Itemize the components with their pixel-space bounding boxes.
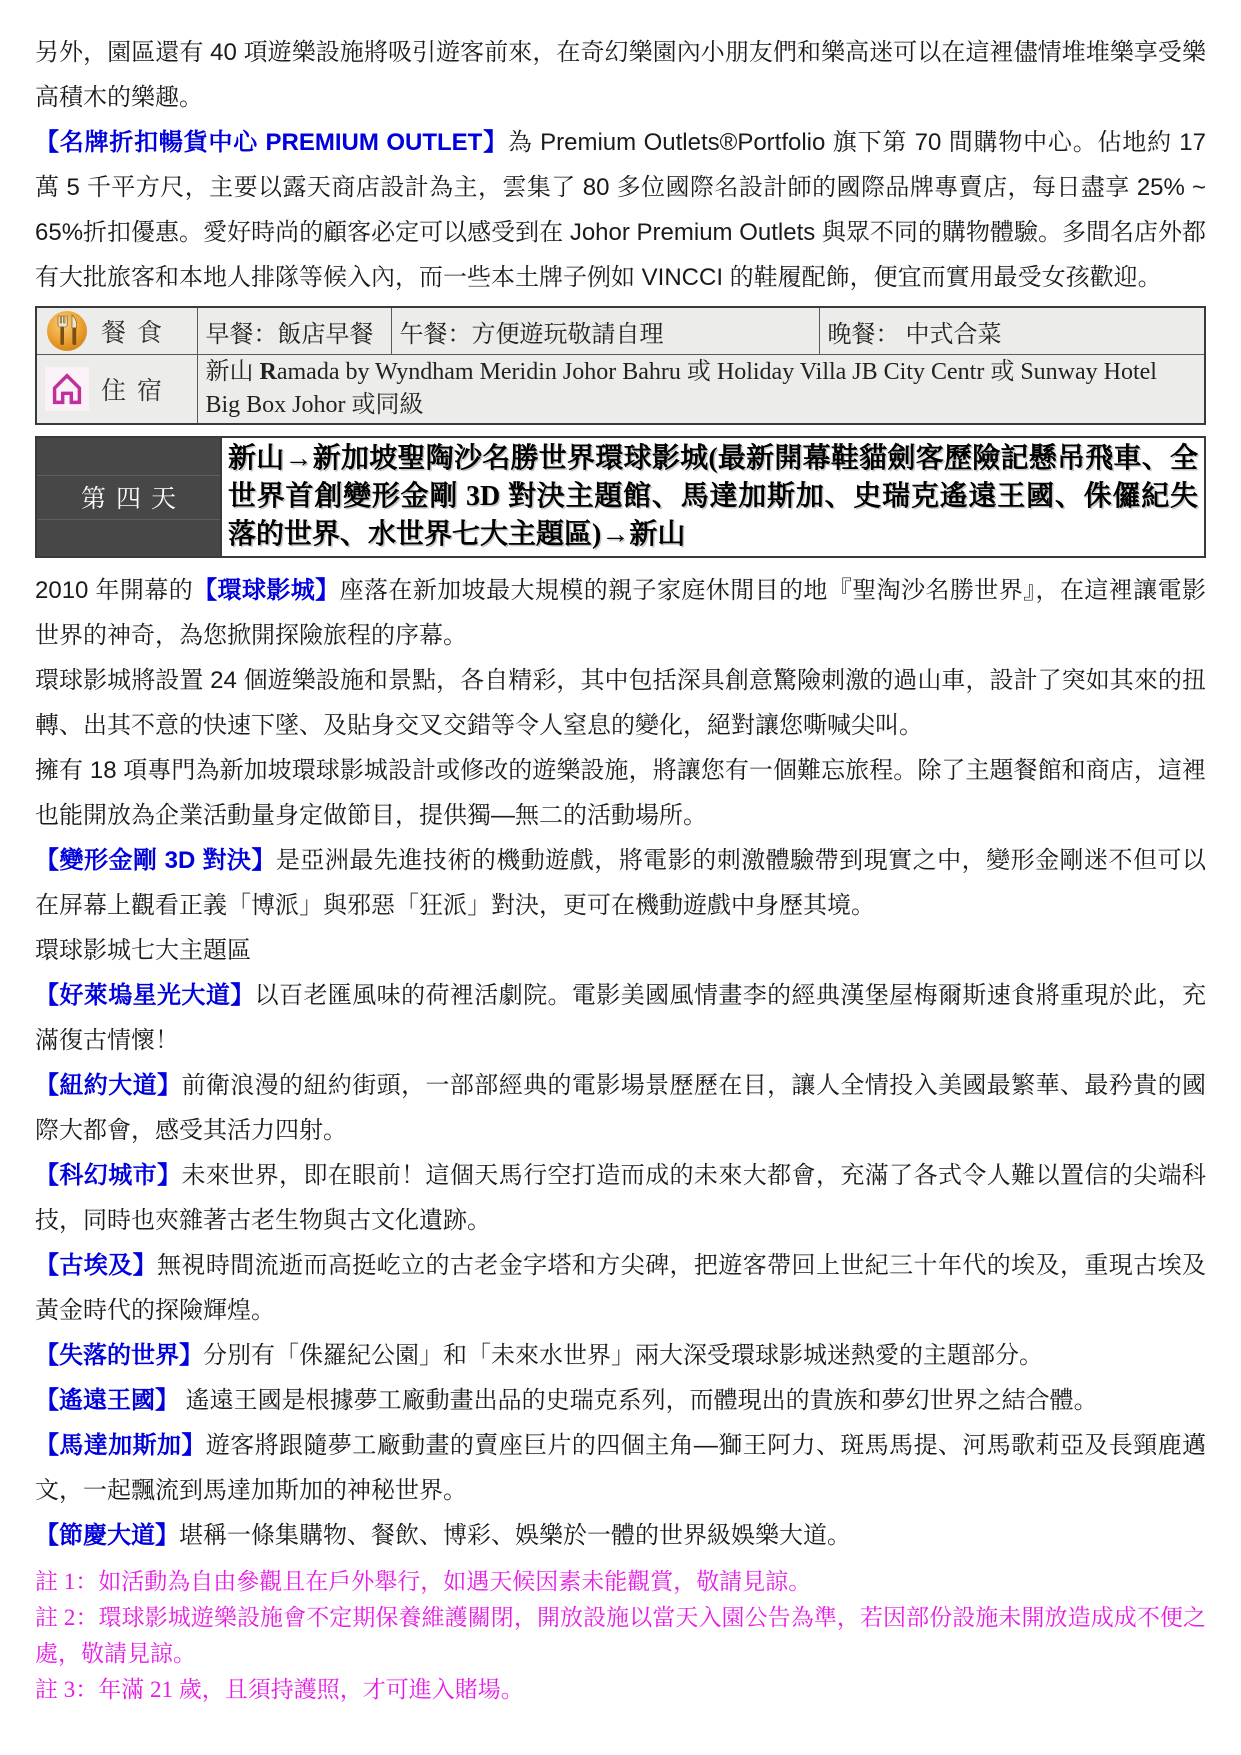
paragraph: 【遙遠王國】 遙遠王國是根據夢工廠動畫出品的史瑞克系列，而體現出的貴族和夢幻世界… xyxy=(35,1378,1206,1423)
paragraph: 【節慶大道】堪稱一條集購物、餐飲、博彩、娛樂於一體的世界級娛樂大道。 xyxy=(35,1513,1206,1558)
paragraph: 2010 年開幕的【環球影城】座落在新加坡最大規模的親子家庭休閒目的地『聖淘沙名… xyxy=(35,568,1206,658)
paragraph-text: 環球影城七大主題區 xyxy=(35,937,251,964)
paragraph-text: 分別有「侏羅紀公園」和「未來水世界」兩大深受環球影城迷熱愛的主題部分。 xyxy=(203,1342,1043,1369)
note-line: 註 2：環球影城遊樂設施會不定期保養維護關閉，開放設施以當天入園公告為準，若因部… xyxy=(35,1600,1206,1672)
notes: 註 1：如活動為自由參觀且在戶外舉行，如遇天候因素未能觀賞，敬請見諒。註 2：環… xyxy=(35,1564,1206,1708)
day4-label: 第四天 xyxy=(71,485,186,513)
paragraph: 【古埃及】無視時間流逝而高挺屹立的古老金字塔和方尖碑，把遊客帶回上世紀三十年代的… xyxy=(35,1243,1206,1333)
meals-label: 餐 食 xyxy=(101,313,164,349)
document-page: 另外，園區還有 40 項遊樂設施將吸引遊客前來，在奇幻樂園內小朋友們和樂高迷可以… xyxy=(0,0,1241,1708)
meals-table: 餐 食 早餐：飯店早餐 午餐：方便遊玩敬請自理 晚餐： 中式合菜 住 宿 xyxy=(35,306,1206,425)
intro-paragraphs: 另外，園區還有 40 項遊樂設施將吸引遊客前來，在奇幻樂園內小朋友們和樂高迷可以… xyxy=(35,30,1206,300)
note-line: 註 3：年滿 21 歲，且須持護照，才可進入賭場。 xyxy=(35,1672,1206,1708)
section-heading: 【古埃及】 xyxy=(35,1252,157,1279)
paragraph: 【科幻城市】未來世界，即在眼前！這個天馬行空打造而成的未來大都會，充滿了各式令人… xyxy=(35,1153,1206,1243)
section-heading: 【好萊塢星光大道】 xyxy=(35,982,255,1009)
meals-label-cell: 餐 食 xyxy=(36,307,197,355)
paragraph-text: 遙遠王國是根據夢工廠動畫出品的史瑞克系列，而體現出的貴族和夢幻世界之結合體。 xyxy=(179,1387,1098,1414)
section-heading: 【馬達加斯加】 xyxy=(35,1432,206,1459)
note-line: 註 1：如活動為自由參觀且在戶外舉行，如遇天候因素未能觀賞，敬請見諒。 xyxy=(35,1564,1206,1600)
paragraph: 【變形金剛 3D 對決】是亞洲最先進技術的機動遊戲，將電影的刺激體驗帶到現實之中… xyxy=(35,838,1206,928)
stay-label: 住 宿 xyxy=(101,371,164,407)
paragraph: 擁有 18 項專門為新加坡環球影城設計或修改的遊樂設施，將讓您有一個難忘旅程。除… xyxy=(35,748,1206,838)
section-heading: 【環球影城】 xyxy=(193,577,339,604)
day4-title: 新山→新加坡聖陶沙名勝世界環球影城(最新開幕鞋貓劍客歷險記懸吊飛車、全世界首創變… xyxy=(221,437,1205,557)
paragraph-text: 另外，園區還有 40 項遊樂設施將吸引遊客前來，在奇幻樂園內小朋友們和樂高迷可以… xyxy=(35,39,1206,111)
body-paragraphs: 2010 年開幕的【環球影城】座落在新加坡最大規模的親子家庭休閒目的地『聖淘沙名… xyxy=(35,568,1206,1558)
stay-hotels-bold-initial: R xyxy=(260,359,277,385)
section-heading: 【紐約大道】 xyxy=(35,1072,181,1099)
paragraph-text: 擁有 18 項專門為新加坡環球影城設計或修改的遊樂設施，將讓您有一個難忘旅程。除… xyxy=(35,757,1206,829)
lunch-cell: 午餐：方便遊玩敬請自理 xyxy=(391,307,819,355)
section-heading: 【名牌折扣暢貨中心 PREMIUM OUTLET】 xyxy=(35,129,508,156)
paragraph-text: 無視時間流逝而高挺屹立的古老金字塔和方尖碑，把遊客帶回上世紀三十年代的埃及，重現… xyxy=(35,1252,1206,1324)
paragraph-pre-text: 2010 年開幕的 xyxy=(35,577,193,604)
paragraph-text: 堪稱一條集購物、餐飲、博彩、娛樂於一體的世界級娛樂大道。 xyxy=(179,1522,851,1549)
home-icon xyxy=(45,367,89,411)
paragraph: 【名牌折扣暢貨中心 PREMIUM OUTLET】為 Premium Outle… xyxy=(35,120,1206,300)
section-heading: 【失落的世界】 xyxy=(35,1342,203,1369)
paragraph-text: 未來世界，即在眼前！這個天馬行空打造而成的未來大都會，充滿了各式令人難以置信的尖… xyxy=(35,1162,1206,1234)
table-row-meals: 餐 食 早餐：飯店早餐 午餐：方便遊玩敬請自理 晚餐： 中式合菜 xyxy=(36,307,1205,355)
divider xyxy=(37,475,220,476)
paragraph: 【紐約大道】前衛浪漫的紐約街頭，一部部經典的電影場景歷歷在目，讓人全情投入美國最… xyxy=(35,1063,1206,1153)
dinner-cell: 晚餐： 中式合菜 xyxy=(819,307,1205,355)
paragraph-text: 遊客將跟隨夢工廠動畫的賣座巨片的四個主角—獅王阿力、斑馬馬提、河馬歌莉亞及長頸鹿… xyxy=(35,1432,1206,1504)
paragraph: 另外，園區還有 40 項遊樂設施將吸引遊客前來，在奇幻樂園內小朋友們和樂高迷可以… xyxy=(35,30,1206,120)
stay-hotels-cell: 新山 Ramada by Wyndham Meridin Johor Bahru… xyxy=(197,355,1205,425)
section-heading: 【遙遠王國】 xyxy=(35,1387,179,1414)
day4-table: 第四天 新山→新加坡聖陶沙名勝世界環球影城(最新開幕鞋貓劍客歷險記懸吊飛車、全世… xyxy=(35,436,1206,558)
breakfast-cell: 早餐：飯店早餐 xyxy=(197,307,391,355)
section-heading: 【科幻城市】 xyxy=(35,1162,181,1189)
paragraph: 【好萊塢星光大道】以百老匯風味的荷裡活劇院。電影美國風情畫李的經典漢堡屋梅爾斯速… xyxy=(35,973,1206,1063)
section-heading: 【變形金剛 3D 對決】 xyxy=(35,847,276,874)
table-row-stay: 住 宿 新山 Ramada by Wyndham Meridin Johor B… xyxy=(36,355,1205,425)
stay-hotels-pre: 新山 xyxy=(206,359,260,385)
paragraph: 【失落的世界】分別有「侏羅紀公園」和「未來水世界」兩大深受環球影城迷熱愛的主題部… xyxy=(35,1333,1206,1378)
section-heading: 【節慶大道】 xyxy=(35,1522,179,1549)
stay-label-cell: 住 宿 xyxy=(36,355,197,425)
divider xyxy=(37,519,220,520)
utensils-icon xyxy=(45,309,89,353)
day4-row: 第四天 新山→新加坡聖陶沙名勝世界環球影城(最新開幕鞋貓劍客歷險記懸吊飛車、全世… xyxy=(36,437,1205,557)
day4-label-cell: 第四天 xyxy=(36,437,221,557)
paragraph-text: 環球影城將設置 24 個遊樂設施和景點，各自精彩，其中包括深具創意驚險刺激的過山… xyxy=(35,667,1206,739)
paragraph: 環球影城七大主題區 xyxy=(35,928,1206,973)
paragraph: 環球影城將設置 24 個遊樂設施和景點，各自精彩，其中包括深具創意驚險刺激的過山… xyxy=(35,658,1206,748)
stay-hotels-text: amada by Wyndham Meridin Johor Bahru 或 H… xyxy=(206,359,1157,418)
paragraph-text: 前衛浪漫的紐約街頭，一部部經典的電影場景歷歷在目，讓人全情投入美國最繁華、最矜貴… xyxy=(35,1072,1206,1144)
paragraph: 【馬達加斯加】遊客將跟隨夢工廠動畫的賣座巨片的四個主角—獅王阿力、斑馬馬提、河馬… xyxy=(35,1423,1206,1513)
